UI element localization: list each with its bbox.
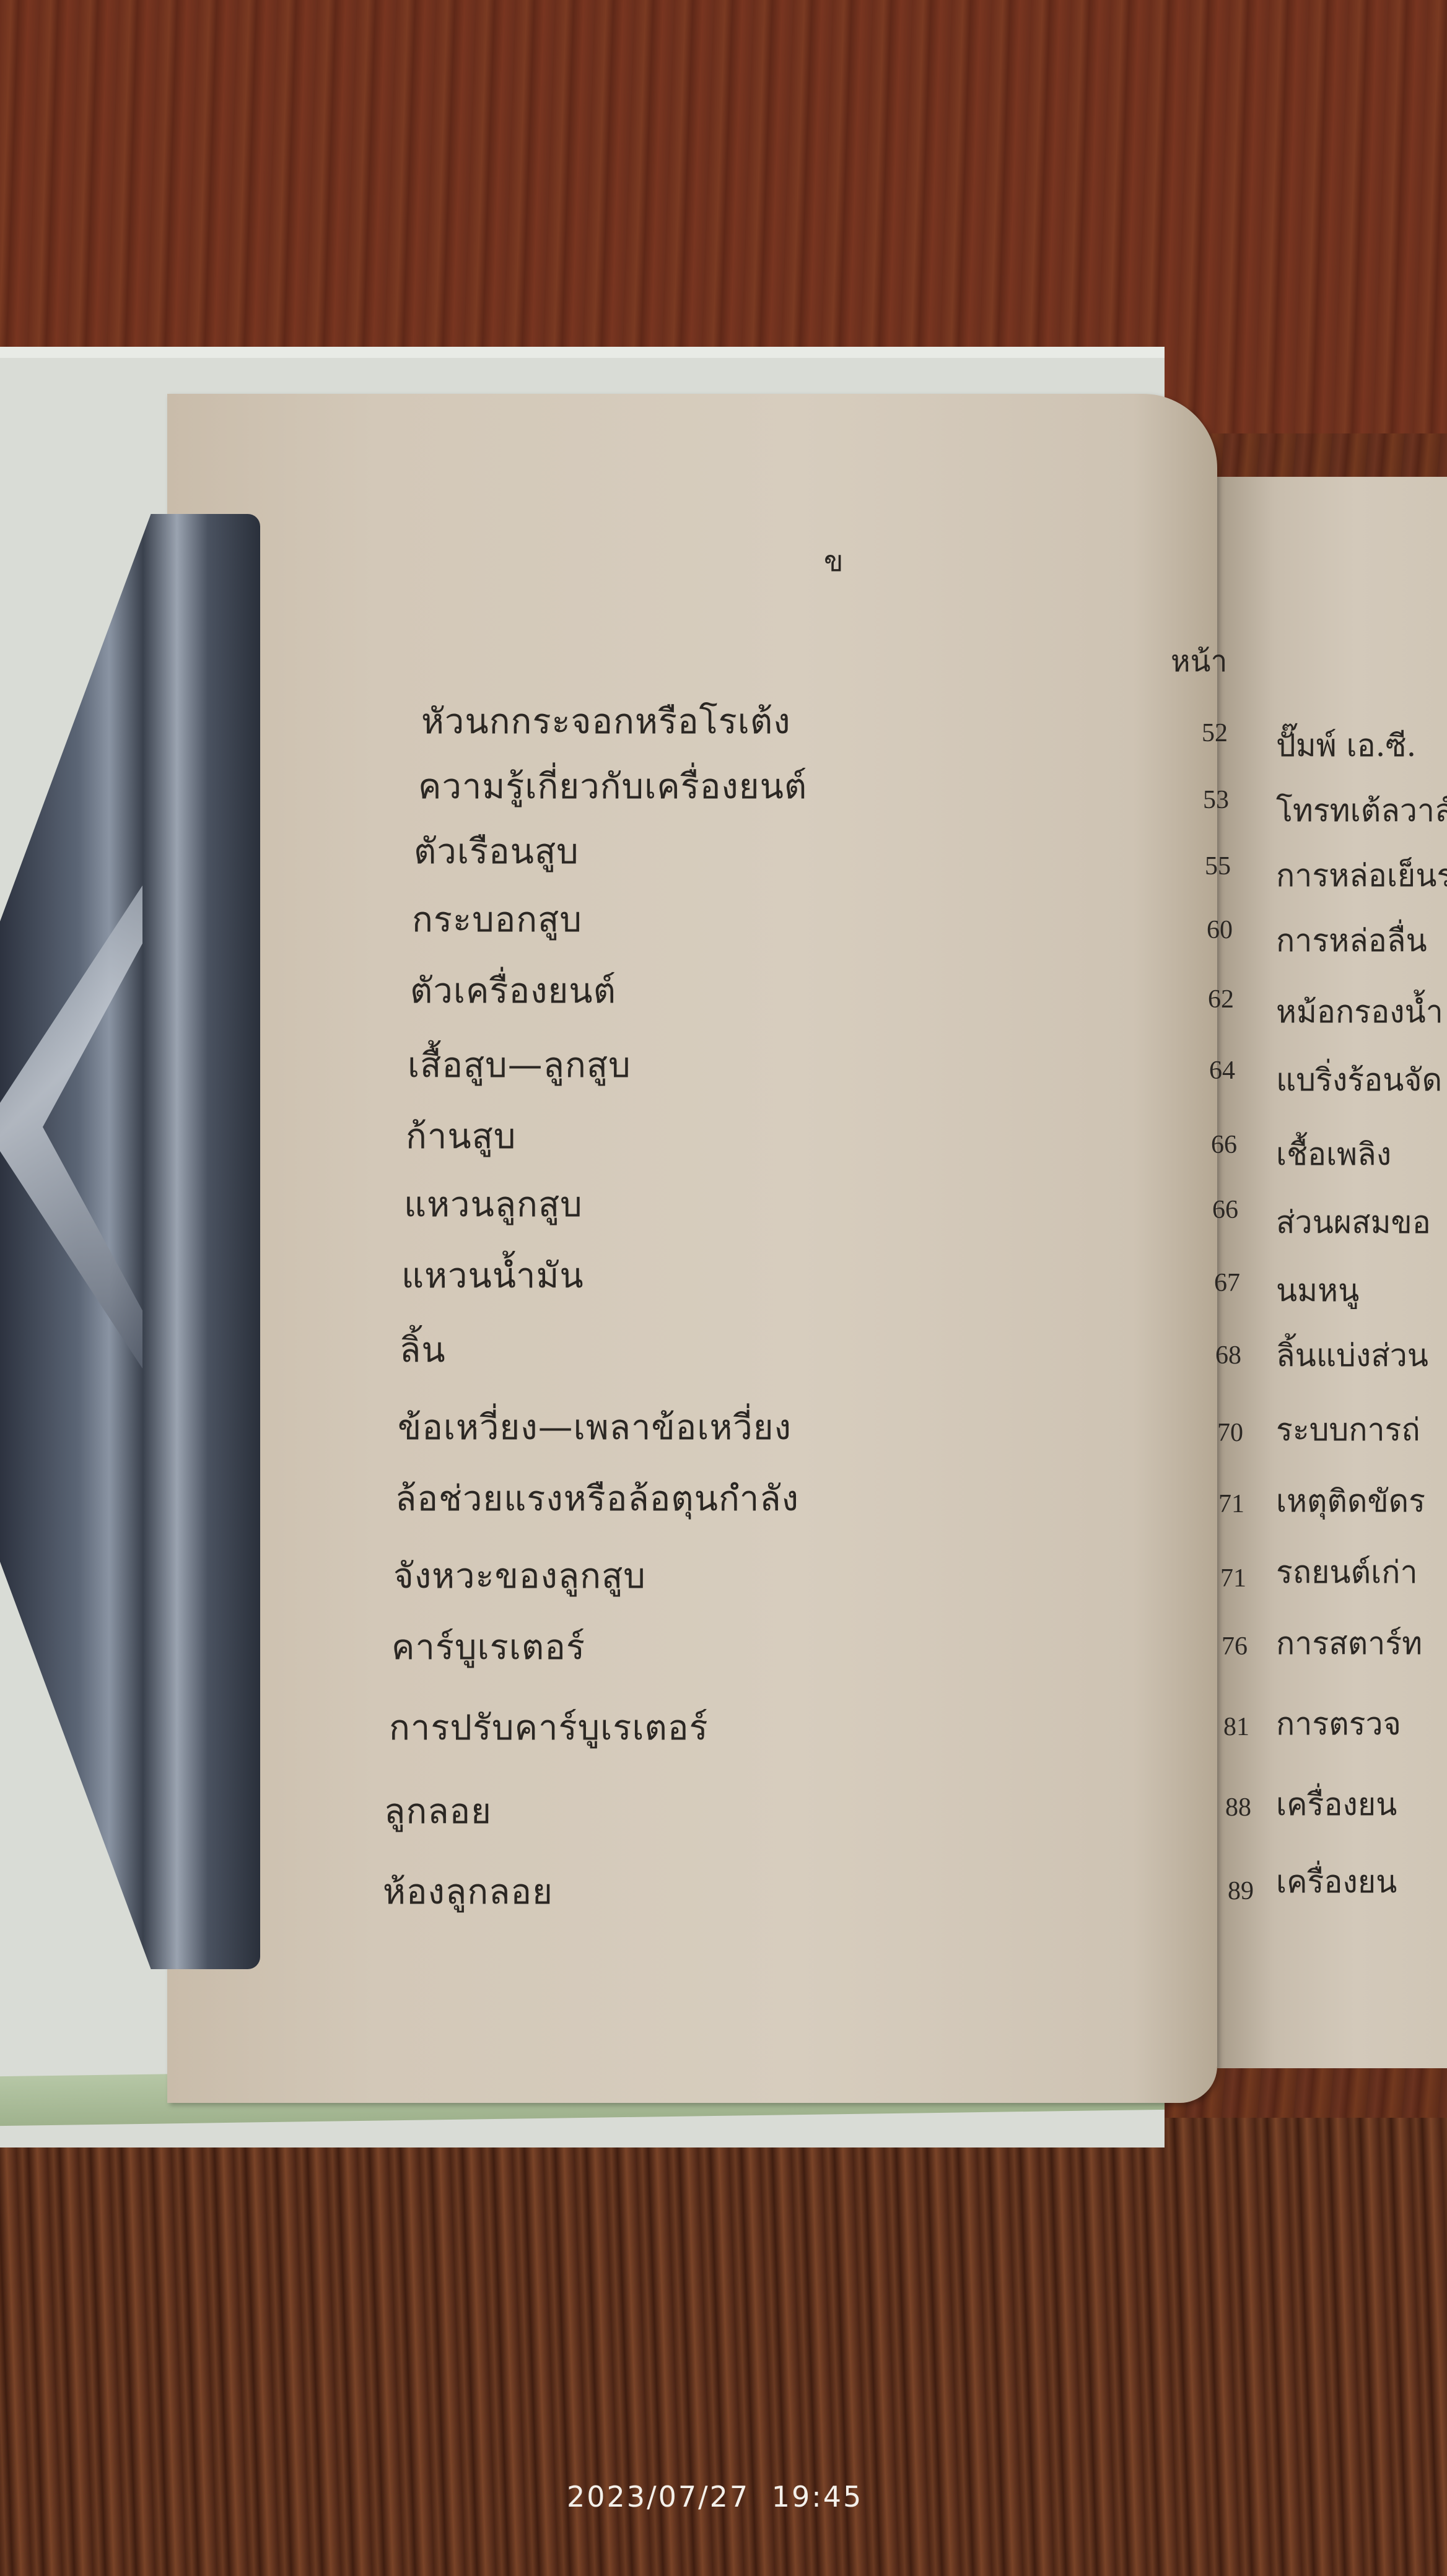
toc-entry-title: ตัวเรือนสูบ: [414, 824, 579, 879]
page-column-label: หน้า: [1171, 638, 1227, 685]
right-page-entry: ลิ้นแบ่งส่วน: [1276, 1331, 1428, 1380]
toc-entry-page: 81: [1223, 1712, 1249, 1742]
right-page-entry: นมหนู: [1276, 1266, 1359, 1315]
toc-entry-title: หัวนกกระจอกหรือโรเต้ง: [421, 694, 791, 749]
right-page-entry: เครื่องยน: [1276, 1858, 1397, 1907]
right-page-entry: การหล่อลื่น: [1276, 916, 1427, 965]
right-page-entry: ส่วนผสมขอ: [1276, 1198, 1431, 1247]
right-page-entry: โทรทเต้ลวาล์: [1276, 786, 1447, 835]
toc-entry-title: ลูกลอย: [384, 1783, 492, 1838]
toc-entry-title: ก้านสูบ: [406, 1108, 516, 1164]
toc-entry-title: จังหวะของลูกสูบ: [393, 1548, 646, 1603]
right-page-entry: ปั๊มพ์ เอ.ซี.: [1276, 721, 1416, 770]
toc-entry-page: 89: [1228, 1876, 1254, 1906]
toc-entry-title: ข้อเหวี่ยง—เพลาข้อเหวี่ยง: [398, 1399, 792, 1455]
toc-entry-title: ตัวเครื่องยนต์: [410, 963, 616, 1018]
toc-entry-title: ลิ้น: [400, 1322, 446, 1377]
toc-entry-page: 88: [1225, 1793, 1251, 1822]
right-page-entry: เครื่องยน: [1276, 1780, 1397, 1829]
toc-entry-page: 71: [1218, 1489, 1244, 1519]
right-page-entry: การหล่อเย็นร: [1276, 851, 1447, 900]
toc-entry-title: แหวนลูกสูบ: [404, 1177, 583, 1232]
toc-entry-page: 71: [1220, 1564, 1246, 1593]
photo-timestamp: 2023/07/27 19:45: [567, 2480, 863, 2513]
right-page-entry: การสตาร์ท: [1276, 1619, 1422, 1668]
metal-clip: [0, 514, 260, 1969]
toc-entry-page: 64: [1209, 1056, 1235, 1086]
toc-entry-title: เสื้อสูบ—ลูกสูบ: [408, 1037, 631, 1092]
toc-entry-title: ความรู้เกี่ยวกับเครื่องยนต์: [418, 759, 807, 814]
toc-entry-page: 53: [1203, 785, 1229, 815]
toc-entry-title: ล้อช่วยแรงหรือล้อตุนกำลัง: [395, 1471, 799, 1526]
toc-entry-title: กระบอกสูบ: [412, 892, 582, 947]
right-page-entry: เชื้อเพลิง: [1276, 1130, 1391, 1179]
toc-entry-title: คาร์บูเรเตอร์: [391, 1619, 585, 1674]
toc-entry-page: 52: [1202, 718, 1228, 748]
right-page-entry: รถยนต์เก่า: [1276, 1548, 1418, 1597]
toc-entry-page: 62: [1208, 985, 1234, 1014]
toc-entry-page: 60: [1207, 915, 1233, 945]
right-page-entry: ระบบการถ่: [1276, 1406, 1420, 1455]
toc-entry-page: 55: [1205, 851, 1231, 881]
right-page-entry: แบริ่งร้อนจัด: [1276, 1056, 1442, 1105]
toc-entry-title: การปรับคาร์บูเรเตอร์: [389, 1700, 709, 1755]
toc-entry-title: ห้องลูกลอย: [383, 1864, 553, 1919]
toc-entry-page: 68: [1215, 1341, 1241, 1370]
right-page-entry: เหตุติดขัดร: [1276, 1477, 1425, 1526]
toc-entry-page: 66: [1212, 1195, 1238, 1225]
right-page-entry: หม้อกรองน้ำ: [1276, 988, 1443, 1037]
left-page: [167, 394, 1217, 2103]
clip-body: [0, 514, 260, 1969]
right-page-entry: การตรวจ: [1276, 1700, 1401, 1749]
toc-entry-page: 66: [1211, 1130, 1237, 1160]
toc-entry-title: แหวนน้ำมัน: [401, 1248, 584, 1303]
toc-entry-page: 76: [1222, 1632, 1248, 1661]
page-header: ข: [824, 539, 843, 584]
toc-entry-page: 67: [1214, 1268, 1240, 1298]
toc-entry-page: 70: [1217, 1418, 1243, 1448]
